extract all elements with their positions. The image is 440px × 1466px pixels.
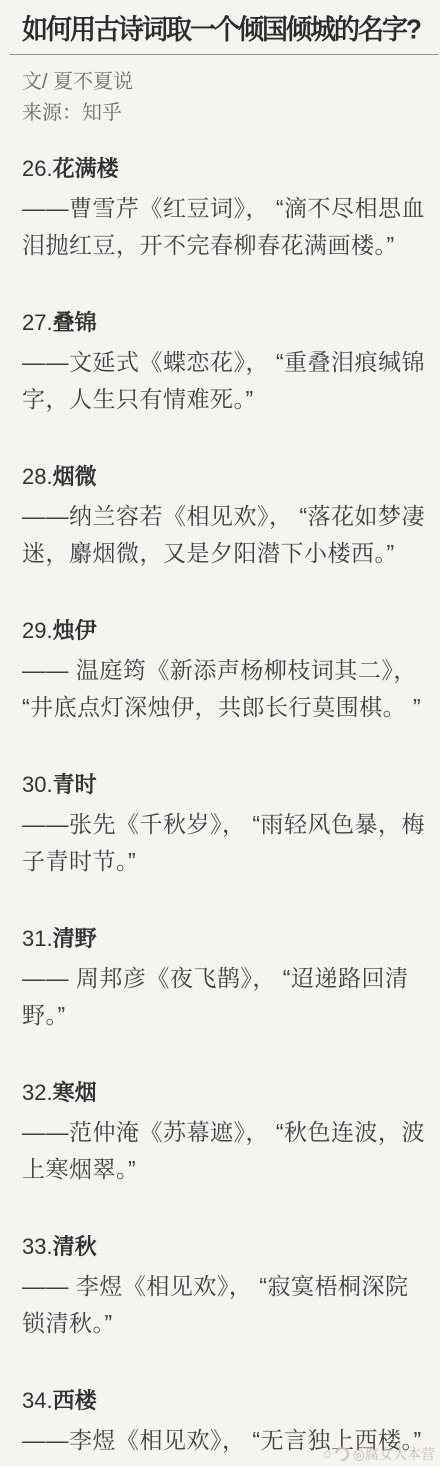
entry-citation: —— 周邦彦《夜飞鹊》， “迢递路回清野。” bbox=[22, 960, 426, 1034]
entry-citation: ——张先《千秋岁》， “雨轻风色暴，梅子青时节。” bbox=[22, 806, 426, 880]
entry-heading: 33.清秋 bbox=[22, 1234, 426, 1260]
entry-citation: ——纳兰容若《相见欢》， “落花如梦凄迷，麝烟微，又是夕阳潜下小楼西。” bbox=[22, 498, 426, 572]
entry-heading: 28.烟微 bbox=[22, 464, 426, 490]
entry-number: 30. bbox=[22, 772, 53, 797]
entry-heading: 27.叠锦 bbox=[22, 310, 426, 336]
entry-section: 29.烛伊 —— 温庭筠《新添声杨柳枝词其二》， “井底点灯深烛伊，共郎长行莫围… bbox=[22, 618, 426, 726]
article-page: 如何用古诗词取一个倾国倾城的名字? 文/ 夏不夏说 来源：知乎 26.花满楼 —… bbox=[0, 0, 440, 1466]
sparkle-icon bbox=[324, 1451, 331, 1458]
entry-heading: 31.清野 bbox=[22, 926, 426, 952]
entry-number: 32. bbox=[22, 1080, 53, 1105]
entry-list: 26.花满楼 ——曹雪芹《红豆词》， “滴不尽相思血泪抛红豆，开不完春柳春花满画… bbox=[22, 156, 426, 1459]
entry-name: 清野 bbox=[53, 926, 97, 951]
swirl-icon bbox=[332, 1444, 351, 1463]
entry-heading: 29.烛伊 bbox=[22, 618, 426, 644]
entry-section: 30.青时 ——张先《千秋岁》， “雨轻风色暴，梅子青时节。” bbox=[22, 772, 426, 880]
entry-heading: 30.青时 bbox=[22, 772, 426, 798]
entry-section: 31.清野 —— 周邦彦《夜飞鹊》， “迢递路回清野。” bbox=[22, 926, 426, 1034]
entry-heading: 32.寒烟 bbox=[22, 1080, 426, 1106]
page-title: 如何用古诗词取一个倾国倾城的名字? bbox=[22, 10, 426, 48]
entry-section: 27.叠锦 ——文延式《蝶恋花》， “重叠泪痕缄锦字，人生只有情难死。” bbox=[22, 310, 426, 418]
entry-name: 寒烟 bbox=[53, 1080, 97, 1105]
entry-citation: ——曹雪芹《红豆词》， “滴不尽相思血泪抛红豆，开不完春柳春花满画楼。” bbox=[22, 190, 426, 264]
entry-number: 28. bbox=[22, 464, 53, 489]
entry-section: 26.花满楼 ——曹雪芹《红豆词》， “滴不尽相思血泪抛红豆，开不完春柳春花满画… bbox=[22, 156, 426, 264]
entry-citation: ——范仲淹《苏幕遮》， “秋色连波，波上寒烟翠。” bbox=[22, 1114, 426, 1188]
entry-name: 烟微 bbox=[53, 464, 97, 489]
entry-name: 清秋 bbox=[53, 1234, 97, 1259]
entry-section: 33.清秋 —— 李煜《相见欢》， “寂寞梧桐深院锁清秋。” bbox=[22, 1234, 426, 1342]
entry-citation: —— 李煜《相见欢》， “寂寞梧桐深院锁清秋。” bbox=[22, 1268, 426, 1342]
entry-citation: —— 温庭筠《新添声杨柳枝词其二》， “井底点灯深烛伊，共郎长行莫围棋。 ” bbox=[22, 652, 426, 726]
entry-number: 26. bbox=[22, 156, 53, 181]
watermark-text: ◎腐女大本营 bbox=[353, 1446, 435, 1462]
title-divider bbox=[10, 54, 438, 55]
entry-number: 29. bbox=[22, 618, 53, 643]
entry-name: 烛伊 bbox=[53, 618, 97, 643]
entry-heading: 26.花满楼 bbox=[22, 156, 426, 182]
entry-name: 青时 bbox=[53, 772, 97, 797]
entry-name: 叠锦 bbox=[53, 310, 97, 335]
entry-section: 32.寒烟 ——范仲淹《苏幕遮》， “秋色连波，波上寒烟翠。” bbox=[22, 1080, 426, 1188]
entry-name: 花满楼 bbox=[53, 156, 119, 181]
entry-number: 34. bbox=[22, 1388, 53, 1413]
entry-number: 27. bbox=[22, 310, 53, 335]
entry-name: 西楼 bbox=[53, 1388, 97, 1413]
entry-section: 28.烟微 ——纳兰容若《相见欢》， “落花如梦凄迷，麝烟微，又是夕阳潜下小楼西… bbox=[22, 464, 426, 572]
entry-citation: ——文延式《蝶恋花》， “重叠泪痕缄锦字，人生只有情难死。” bbox=[22, 344, 426, 418]
byline-block: 文/ 夏不夏说 来源：知乎 bbox=[22, 67, 426, 129]
entry-number: 33. bbox=[22, 1234, 53, 1259]
entry-number: 31. bbox=[22, 926, 53, 951]
watermark: ◎腐女大本营 bbox=[324, 1446, 435, 1462]
source-line: 来源：知乎 bbox=[22, 98, 426, 129]
author-byline: 文/ 夏不夏说 bbox=[22, 67, 426, 98]
entry-heading: 34.西楼 bbox=[22, 1388, 426, 1414]
